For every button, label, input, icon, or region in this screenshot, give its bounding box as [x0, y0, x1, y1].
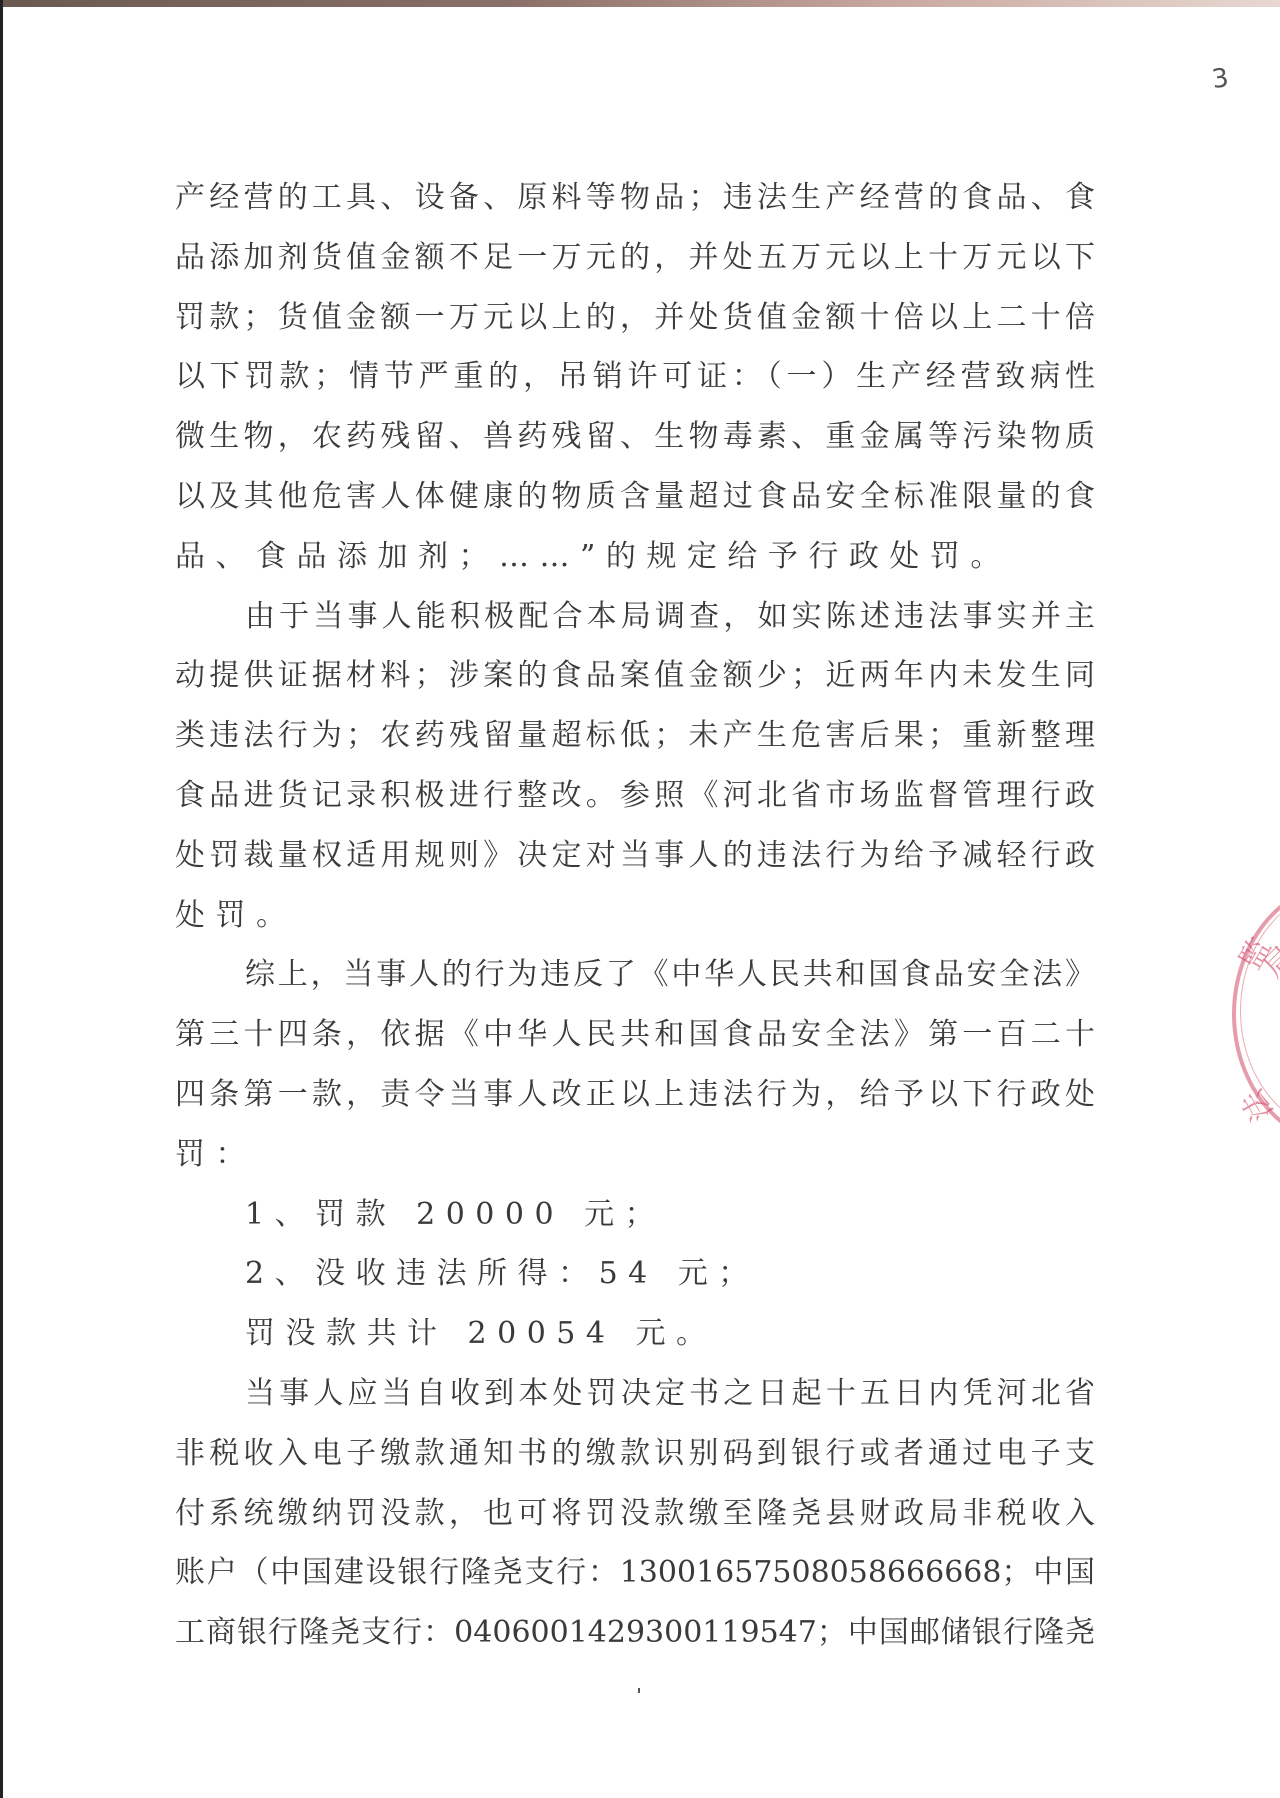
text-line: 以下罚款；情节严重的，吊销许可证：（一）生产经营致病性: [175, 347, 1095, 407]
penalty-item-confiscation: 2、没收违法所得：54 元；: [175, 1244, 1095, 1304]
document-body: 产经营的工具、设备、原料等物品；违法生产经营的食品、食 品添加剂货值金额不足一万…: [175, 168, 1095, 1663]
scan-speck: [638, 1688, 640, 1693]
text-line: 品、食品添加剂；……”的规定给予行政处罚。: [175, 527, 1095, 587]
text-line: 付系统缴纳罚没款，也可将罚没款缴至隆尧县财政局非税收入: [175, 1484, 1095, 1544]
penalty-item-fine: 1、罚款 20000 元；: [175, 1185, 1095, 1245]
page-number: 3: [1210, 63, 1231, 95]
text-line: 类违法行为；农药残留量超标低；未产生危害后果；重新整理: [175, 706, 1095, 766]
text-line: 非税收入电子缴款通知书的缴款识别码到银行或者通过电子支: [175, 1424, 1095, 1484]
paragraph-start-line: 当事人应当自收到本处罚决定书之日起十五日内凭河北省: [175, 1364, 1095, 1424]
text-line: 处罚裁量权适用规则》决定对当事人的违法行为给予减轻行政: [175, 826, 1095, 886]
account-line-icbc: 工商银行隆尧支行：04060014293001195​47；中国邮储银行隆尧: [175, 1603, 1095, 1663]
text-line: 产经营的工具、设备、原料等物品；违法生产经营的食品、食: [175, 168, 1095, 228]
text-line: 以及其他危害人体健康的物质含量超过食品安全标准限量的食: [175, 467, 1095, 527]
text-line: 第三十四条，依据《中华人民共和国食品安全法》第一百二十: [175, 1005, 1095, 1065]
text-line: 罚：: [175, 1125, 1095, 1185]
penalty-total: 罚没款共计 20054 元。: [175, 1304, 1095, 1364]
text-line: 动提供证据材料；涉案的食品案值金额少；近两年内未发生同: [175, 646, 1095, 706]
text-line: 微生物，农药残留、兽药残留、生物毒素、重金属等污染物质: [175, 407, 1095, 467]
paragraph-start-line: 由于当事人能积极配合本局调查，如实陈述违法事实并主: [175, 587, 1095, 647]
photo-top-edge: [0, 0, 1280, 7]
text-line: 品添加剂货值金额不足一万元的，并处五万元以上十万元以下: [175, 228, 1095, 288]
text-line: 罚款；货值金额一万元以上的，并处货值金额十倍以上二十倍: [175, 288, 1095, 348]
paragraph-start-line: 综上，当事人的行为违反了《中华人民共和国食品安全法》: [175, 945, 1095, 1005]
text-line: 四条第一款，责令当事人改正以上违法行为，给予以下行政处: [175, 1065, 1095, 1125]
photo-left-edge: [0, 0, 3, 1798]
text-line: 食品进货记录积极进行整改。参照《河北省市场监督管理行政: [175, 766, 1095, 826]
text-line: 处罚。: [175, 886, 1095, 946]
account-line-ccb: 账户（中国建设银行隆尧支行：13001657508058666668；中国: [175, 1543, 1095, 1603]
